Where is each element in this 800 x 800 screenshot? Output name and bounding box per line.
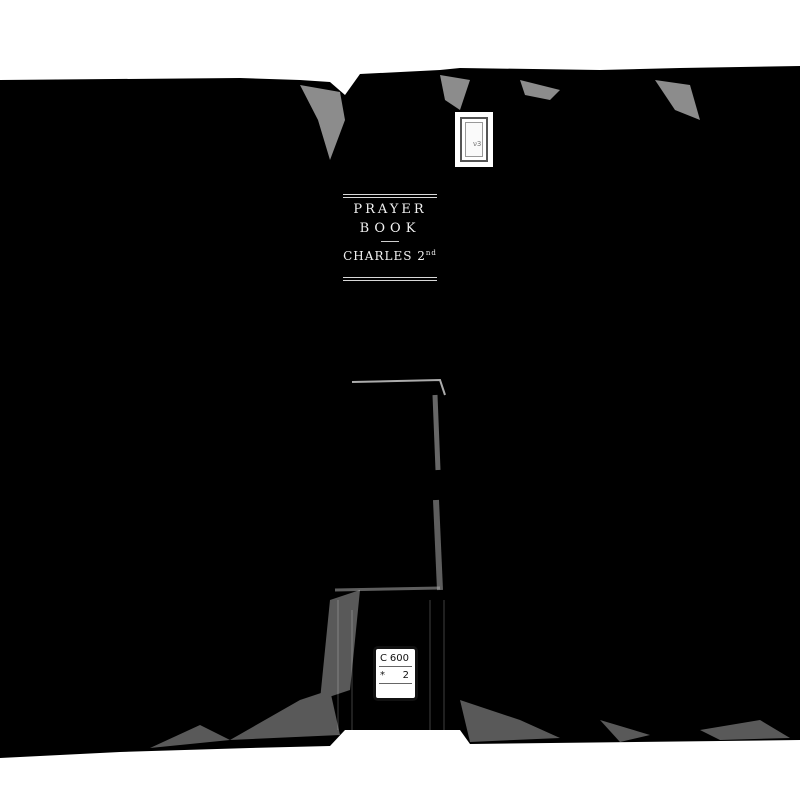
shelf-mark-row-2: * 2 [379, 668, 412, 684]
title-line-charles-text: CHARLES 2 [343, 249, 426, 263]
title-line-book: BOOK [337, 222, 443, 236]
title-separator [381, 241, 399, 242]
shelf-mark-star-icon: * [380, 668, 385, 683]
title-line-prayer: PRAYER [337, 203, 443, 217]
title-line-charles: CHARLES 2nd [337, 246, 443, 263]
shelf-mark-letter: C [380, 651, 387, 666]
shelf-mark-volume: 2 [403, 668, 409, 683]
stamp-handwritten-mark: ν3 [473, 140, 481, 148]
rule-divider [343, 277, 437, 278]
top-stamp-label: ν3 [455, 112, 493, 167]
rule-divider [343, 280, 437, 281]
shelf-mark-number: 600 [390, 651, 409, 666]
rule-divider [343, 194, 437, 195]
rule-divider [343, 197, 437, 198]
book-binding-photo: PRAYER BOOK CHARLES 2nd ν3 C 600 * 2 [0, 0, 800, 800]
spine-title-label: PRAYER BOOK CHARLES 2nd [337, 188, 443, 286]
title-superscript: nd [426, 249, 437, 257]
shelf-mark-label: C 600 * 2 [373, 646, 418, 701]
shelf-mark-row-1: C 600 [379, 651, 412, 667]
